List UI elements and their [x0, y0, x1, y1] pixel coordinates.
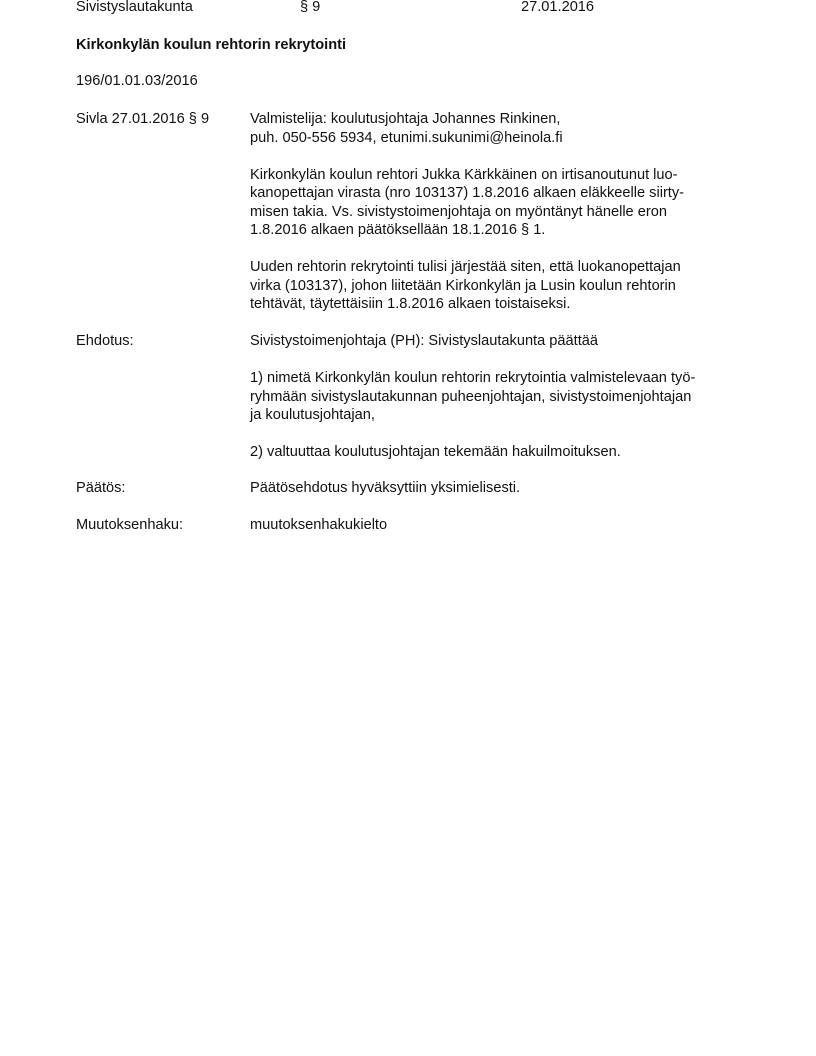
header-date: 27.01.2016 [521, 0, 594, 15]
paragraph1-line: 1.8.2016 alkaen päätöksellään 18.1.2016 … [250, 221, 750, 240]
paragraph1-line: kanopettajan virasta (nro 103137) 1.8.20… [250, 184, 750, 203]
proposal-item1-line: ryhmään sivistyslautakunnan puheenjohtaj… [250, 388, 750, 407]
paragraph2-line: virka (103137), johon liitetään Kirkonky… [250, 277, 750, 296]
decision-label: Päätös: [76, 480, 126, 496]
paragraph1-line: misen takia. Vs. sivistystoimenjohtaja o… [250, 203, 750, 222]
header-section-number: § 9 [300, 0, 320, 15]
preparation-label: Sivla 27.01.2016 § 9 [76, 111, 209, 127]
preparation-body: Valmistelija: koulutusjohtaja Johannes R… [250, 110, 750, 314]
proposal-item1-line: 1) nimetä Kirkonkylän koulun rehtorin re… [250, 369, 750, 388]
diary-number: 196/01.01.03/2016 [76, 73, 198, 89]
document-title: Kirkonkylän koulun rehtorin rekrytointi [76, 37, 346, 53]
appeal-label: Muutoksenhaku: [76, 517, 183, 533]
preparer-contact-line: puh. 050-556 5934, etunimi.sukunimi@hein… [250, 129, 750, 148]
proposal-intro: Sivistystoimenjohtaja (PH): Sivistyslaut… [250, 332, 750, 351]
appeal-text: muutoksenhakukielto [250, 517, 750, 533]
proposal-label: Ehdotus: [76, 333, 134, 349]
decision-text: Päätösehdotus hyväksyttiin yksimielisest… [250, 480, 750, 496]
preparer-line: Valmistelija: koulutusjohtaja Johannes R… [250, 110, 750, 129]
paragraph1-line: Kirkonkylän koulun rehtori Jukka Kärkkäi… [250, 166, 750, 185]
proposal-item2: 2) valtuuttaa koulutusjohtajan tekemään … [250, 443, 750, 462]
proposal-item1-line: ja koulutusjohtajan, [250, 406, 750, 425]
header-organ: Sivistyslautakunta [76, 0, 193, 15]
paragraph2-line: tehtävät, täytettäisiin 1.8.2016 alkaen … [250, 295, 750, 314]
paragraph2-line: Uuden rehtorin rekrytointi tulisi järjes… [250, 258, 750, 277]
proposal-body: Sivistystoimenjohtaja (PH): Sivistyslaut… [250, 332, 750, 462]
